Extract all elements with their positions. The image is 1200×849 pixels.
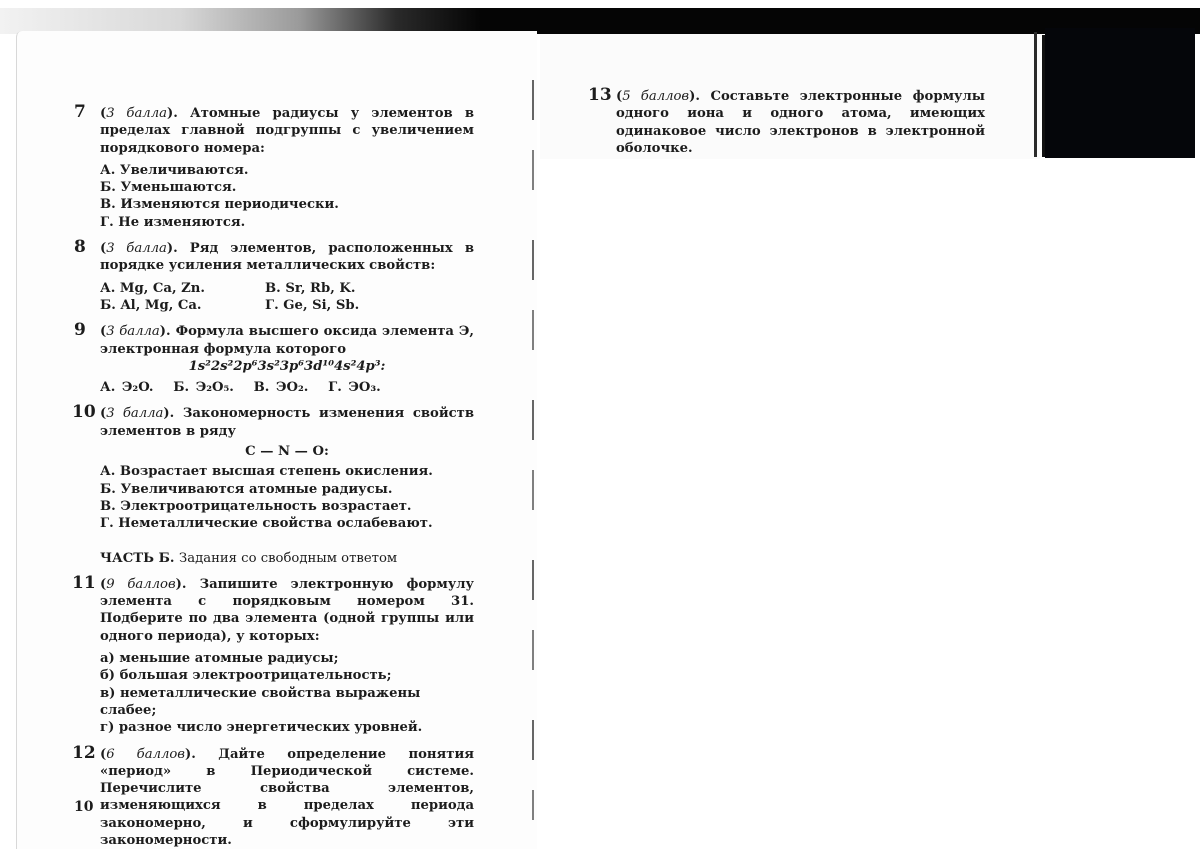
page-number: 10 (74, 799, 93, 815)
option: А. Э₂O. (100, 380, 154, 395)
task-question: (3 балла). Формула высшего оксида элемен… (100, 323, 474, 358)
task-10: 10 (3 балла). Закономерность изменения с… (74, 405, 474, 440)
task-number: 8 (74, 239, 86, 256)
option: Г. Неметаллические свойства ослабевают. (74, 515, 474, 532)
right-column: 13 (5 баллов). Составьте электронные фор… (590, 88, 985, 157)
left-column: 7 (3 балла). Атомные радиусы у элементов… (74, 105, 474, 849)
task-13: 13 (5 баллов). Составьте электронные фор… (590, 88, 985, 157)
list-item: г) разное число энергетических уровней. (74, 719, 474, 736)
task-question: (5 баллов). Составьте электронные формул… (616, 88, 985, 157)
task-8-options: А. Mg, Ca, Zn. В. Sr, Rb, K. Б. Al, Mg, … (74, 280, 474, 315)
task-points: 3 балла (106, 241, 167, 256)
task-11: 11 (9 баллов). Запишите электронную форм… (74, 576, 474, 645)
scanner-edge (0, 0, 1200, 8)
task-7: 7 (3 балла). Атомные радиусы у элементов… (74, 105, 474, 157)
task-points: 3 балла (106, 406, 163, 421)
scanner-dark-area (1045, 28, 1195, 158)
task-number: 13 (588, 87, 612, 104)
option: В. Изменяются периодически. (74, 196, 474, 213)
element-series: C — N — O: (74, 443, 474, 460)
task-question: (6 баллов). Дайте определение понятия «п… (100, 746, 474, 849)
option: Г. Не изменяются. (74, 214, 474, 231)
task-number: 11 (72, 575, 96, 592)
option: А. Возрастает высшая степень окисления. (74, 463, 474, 480)
task-12: 12 (6 баллов). Дайте определение понятия… (74, 746, 474, 849)
option: Б. Увеличиваются атомные радиусы. (74, 481, 474, 498)
book-spine (532, 80, 534, 820)
task-9: 9 (3 балла). Формула высшего оксида элем… (74, 323, 474, 358)
task-11-items: а) меньшие атомные радиусы; б) большая э… (74, 650, 474, 736)
task-points: 9 баллов (106, 577, 175, 592)
section-heading: ЧАСТЬ Б. Задания со свободным ответом (74, 550, 474, 567)
task-number: 12 (72, 745, 96, 762)
option: Б. Э₂O₅. (173, 380, 234, 395)
task-points: 6 баллов (106, 747, 185, 762)
option: В. Sr, Rb, K. (265, 280, 474, 297)
list-item: в) неметаллические свойства выражены сла… (74, 685, 474, 720)
task-question: (3 балла). Закономерность изменения свой… (100, 405, 474, 440)
task-points: 3 балла (106, 324, 160, 339)
electron-formula: 1s²2s²2p⁶3s²3p⁶3d¹⁰4s²4p³: (74, 358, 474, 375)
task-question: (3 балла). Ряд элементов, расположенных … (100, 240, 474, 275)
task-9-options: А. Э₂O. Б. Э₂O₅. В. ЭO₂. Г. ЭO₃. (74, 379, 474, 396)
option: А. Увеличиваются. (74, 162, 474, 179)
task-question: (3 балла). Атомные радиусы у элементов в… (100, 105, 474, 157)
option: Г. Ge, Si, Sb. (265, 297, 474, 314)
option: Г. ЭO₃. (328, 380, 381, 395)
task-number: 10 (72, 404, 96, 421)
option: В. ЭO₂. (254, 380, 309, 395)
page-edge (1034, 32, 1037, 157)
task-10-options: А. Возрастает высшая степень окисления. … (74, 463, 474, 532)
list-item: а) меньшие атомные радиусы; (74, 650, 474, 667)
option: Б. Уменьшаются. (74, 179, 474, 196)
task-number: 9 (74, 322, 86, 339)
option: В. Электроотрицательность возрастает. (74, 498, 474, 515)
task-number: 7 (74, 104, 86, 121)
option: Б. Al, Mg, Ca. (100, 297, 265, 314)
option: А. Mg, Ca, Zn. (100, 280, 265, 297)
task-question: (9 баллов). Запишите электронную формулу… (100, 576, 474, 645)
task-points: 3 балла (106, 106, 167, 121)
task-7-options: А. Увеличиваются. Б. Уменьшаются. В. Изм… (74, 162, 474, 231)
task-points: 5 баллов (622, 89, 689, 104)
list-item: б) большая электроотрицательность; (74, 667, 474, 684)
task-8: 8 (3 балла). Ряд элементов, расположенны… (74, 240, 474, 275)
